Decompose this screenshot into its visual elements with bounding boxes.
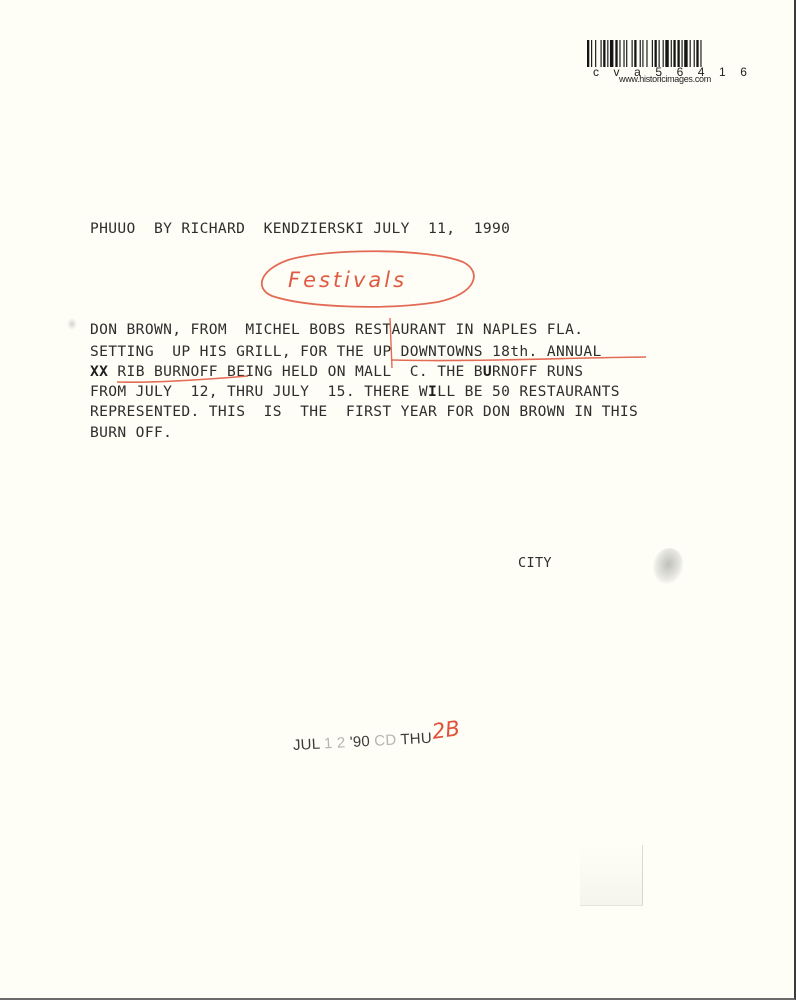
struck-text: XX [90, 363, 108, 380]
stamp-text-faint: 1 2 [324, 734, 346, 752]
barcode-char: c [593, 65, 599, 79]
struck-text: I [428, 383, 437, 400]
photo-caption-sheet: cva56416 www.historicimages.com PHUUO BY… [0, 0, 796, 1000]
caption-line-1: DON BROWN, FROM MICHEL BOBS RESTAURANT I… [90, 321, 583, 338]
underlined-text: UP DOWNTOWNS 18th. ANNUAL [373, 343, 601, 360]
stamp-text: '90 [345, 733, 375, 751]
caption-text: RESENTED. THIS IS THE FIRST YEAR FOR DON… [117, 403, 638, 420]
page-note: 2B [430, 716, 461, 744]
caption-line-3: XX RIB BURNOFF BEING HELD ON MALL C. THE… [90, 363, 583, 380]
section-label: CITY [518, 555, 552, 571]
ink-smudge [67, 318, 77, 330]
barcode-url: www.historicimages.com [619, 74, 711, 84]
stamp-text-faint: CD [374, 732, 397, 750]
caption-text: RE [90, 403, 108, 420]
caption-text: FROM JULY 12, THRU JULY 15. THERE W [90, 383, 428, 400]
caption-line-6: BURN OFF. [90, 424, 172, 441]
caption-text: LL BE 50 RESTAURANTS [437, 383, 620, 400]
tape-residue [580, 845, 643, 906]
struck-text: U [483, 363, 492, 380]
barcode-icon [587, 40, 747, 67]
category-label: Festivals [288, 268, 407, 292]
red-pencil-underline-icon [0, 0, 796, 1000]
caption-text: SETTING UP HIS GRILL, FOR THE [90, 343, 373, 360]
barcode-label: cva56416 www.historicimages.com [587, 40, 747, 80]
date-stamp: JUL 1 2 '90 CD THU [293, 730, 433, 754]
underlined-text: RIB BURNOFF B [108, 363, 236, 380]
caption-line-5: REPRESENTED. THIS IS THE FIRST YEAR FOR … [90, 403, 638, 420]
caption-line-4: FROM JULY 12, THRU JULY 15. THERE WILL B… [90, 383, 620, 400]
caption-text: RNOFF RUNS [492, 363, 583, 380]
barcode-char: 1 [719, 65, 726, 79]
fingerprint-smudge [649, 545, 687, 588]
caption-line-2: SETTING UP HIS GRILL, FOR THE UP DOWNTOW… [90, 343, 602, 360]
photo-byline: PHUUO BY RICHARD KENDZIERSKI JULY 11, 19… [90, 220, 510, 237]
stamp-text: JUL [293, 735, 325, 754]
caption-text: EING HELD ON MALL C. THE B [236, 363, 483, 380]
stamp-text: THU [396, 730, 432, 749]
barcode-char: 6 [740, 65, 747, 79]
